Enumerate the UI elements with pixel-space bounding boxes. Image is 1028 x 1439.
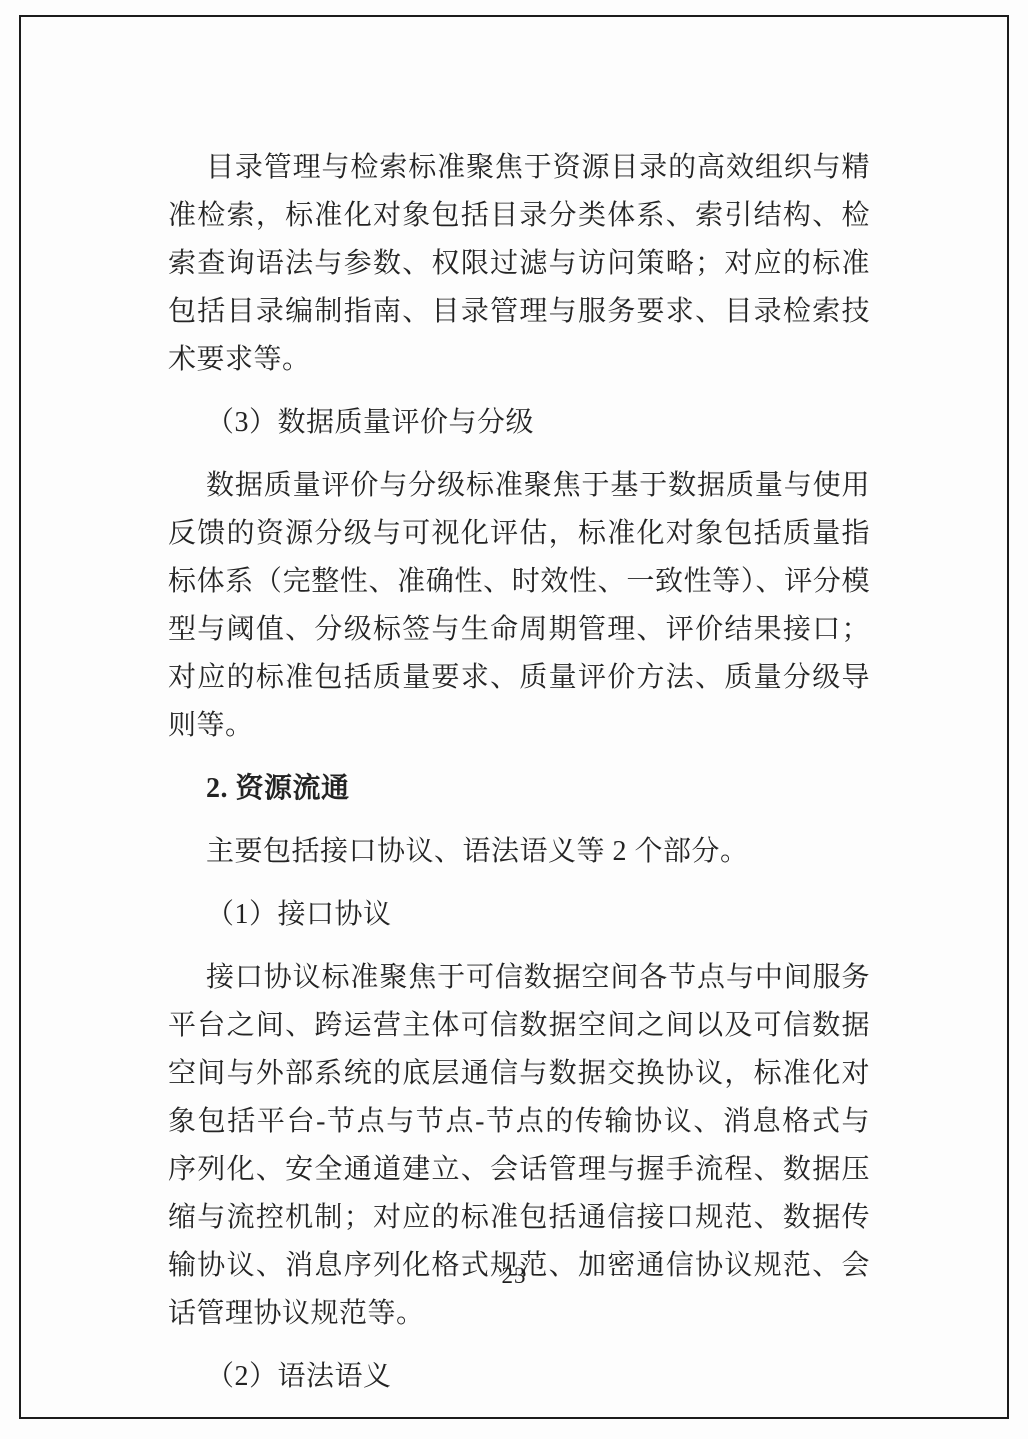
subheading-syntax-semantics: （2）语法语义 <box>168 1353 870 1401</box>
paragraph-catalog-management: 目录管理与检索标准聚焦于资源目录的高效组织与精准检索，标准化对象包括目录分类体系… <box>168 144 870 384</box>
page-number: 23 <box>0 1263 1028 1289</box>
paragraph-overview-parts: 主要包括接口协议、语法语义等 2 个部分。 <box>168 828 870 876</box>
subheading-interface-protocol: （1）接口协议 <box>168 891 870 939</box>
page-content: 目录管理与检索标准聚焦于资源目录的高效组织与精准检索，标准化对象包括目录分类体系… <box>168 144 870 1416</box>
paragraph-data-quality: 数据质量评价与分级标准聚焦于基于数据质量与使用反馈的资源分级与可视化评估，标准化… <box>168 462 870 750</box>
document-page: 目录管理与检索标准聚焦于资源目录的高效组织与精准检索，标准化对象包括目录分类体系… <box>0 0 1028 1439</box>
heading-resource-circulation: 2. 资源流通 <box>168 765 870 813</box>
subheading-data-quality: （3）数据质量评价与分级 <box>168 399 870 447</box>
